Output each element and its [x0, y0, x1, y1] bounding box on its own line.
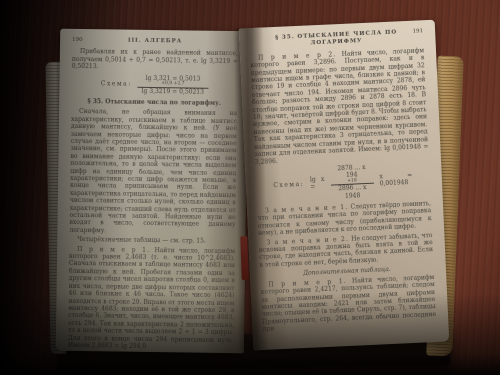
photo-vignette — [0, 0, 500, 375]
